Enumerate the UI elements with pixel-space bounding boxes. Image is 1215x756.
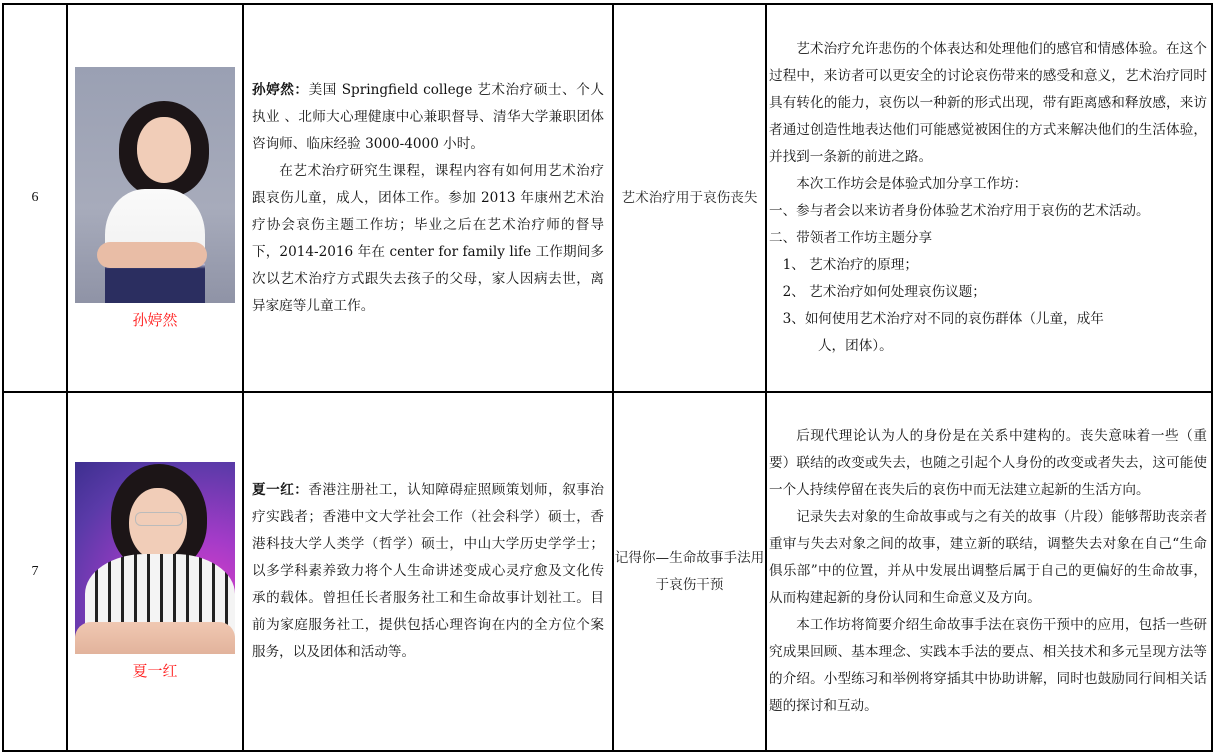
person-photo-sun-tingran: [75, 67, 235, 303]
description-item: 一、参与者会以来访者身份体验艺术治疗用于哀伤的艺术活动。: [769, 198, 1207, 225]
description-subitem-continued: 人，团体）。: [769, 333, 1207, 360]
row-number: 6: [3, 4, 67, 392]
description-cell: 后现代理论认为人的身份是在关系中建构的。丧失意味着一些（重要）联结的改变或失去，…: [766, 392, 1212, 751]
person-photo-xia-yihong: [75, 462, 235, 654]
speaker-name-caption: 夏一红: [68, 660, 242, 681]
description-cell: 艺术治疗允许悲伤的个体表达和处理他们的感官和情感体验。在这个过程中，来访者可以更…: [766, 4, 1212, 392]
bio-cell: 孙婷然：美国 Springfield college 艺术治疗硕士、个人执业 、…: [243, 4, 613, 392]
bio-name: 孙婷然：: [252, 82, 309, 98]
description-subitem: 2、 艺术治疗如何处理哀伤议题；: [769, 279, 1207, 306]
photo-cell: 夏一红: [67, 392, 243, 751]
bio-paragraph: 孙婷然：美国 Springfield college 艺术治疗硕士、个人执业 、…: [252, 77, 604, 158]
description-item: 二、带领者工作坊主题分享: [769, 225, 1207, 252]
description-paragraph: 后现代理论认为人的身份是在关系中建构的。丧失意味着一些（重要）联结的改变或失去，…: [769, 423, 1207, 504]
description-paragraph: 记录失去对象的生命故事或与之有关的故事（片段）能够帮助丧亲者重审与失去对象之间的…: [769, 504, 1207, 612]
description-paragraph: 本次工作坊会是体验式加分享工作坊：: [769, 171, 1207, 198]
workshop-topic: 艺术治疗用于哀伤丧失: [613, 4, 766, 392]
description-subitem: 1、 艺术治疗的原理；: [769, 252, 1207, 279]
table-row: 6 孙婷然 孙婷然：美国 Springfield college 艺术治疗硕士、…: [3, 4, 1212, 392]
bio-paragraph: 在艺术治疗研究生课程，课程内容有如何用艺术治疗跟哀伤儿童，成人，团体工作。参加 …: [252, 158, 604, 320]
bio-name: 夏一红：: [252, 482, 308, 498]
photo-cell: 孙婷然: [67, 4, 243, 392]
row-number: 7: [3, 392, 67, 751]
description-paragraph: 本工作坊将简要介绍生命故事手法在哀伤干预中的应用，包括一些研究成果回顾、基本理念…: [769, 612, 1207, 720]
table-row: 7 夏一红 夏一红：香港注册社工，认知障碍症照顾策划师，叙事治疗实践者；香港中文…: [3, 392, 1212, 751]
workshop-table: 6 孙婷然 孙婷然：美国 Springfield college 艺术治疗硕士、…: [2, 3, 1213, 752]
bio-paragraph: 夏一红：香港注册社工，认知障碍症照顾策划师，叙事治疗实践者；香港中文大学社会工作…: [252, 477, 604, 666]
description-subitem: 3、如何使用艺术治疗对不同的哀伤群体（儿童，成年: [769, 306, 1207, 333]
description-paragraph: 艺术治疗允许悲伤的个体表达和处理他们的感官和情感体验。在这个过程中，来访者可以更…: [769, 36, 1207, 171]
bio-cell: 夏一红：香港注册社工，认知障碍症照顾策划师，叙事治疗实践者；香港中文大学社会工作…: [243, 392, 613, 751]
speaker-name-caption: 孙婷然: [68, 309, 242, 330]
workshop-topic: 记得你—生命故事手法用于哀伤干预: [613, 392, 766, 751]
